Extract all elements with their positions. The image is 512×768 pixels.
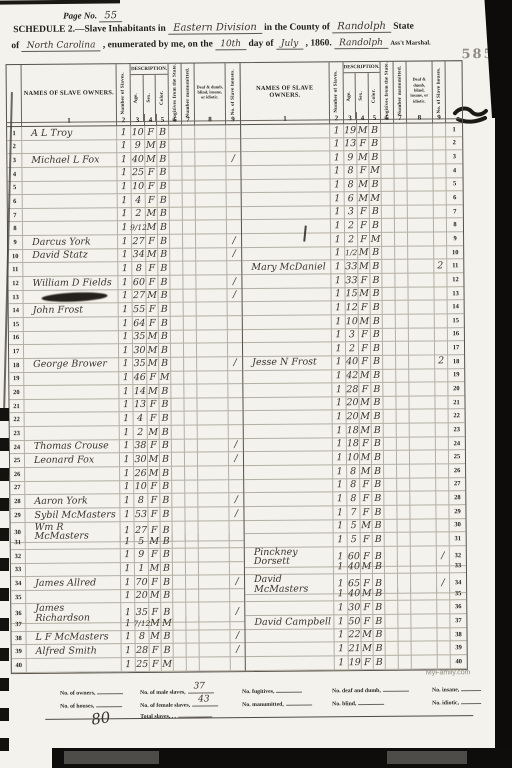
sex-handwritten: M (150, 632, 160, 642)
color-cell: B (161, 630, 173, 644)
age-cell: 12 (346, 301, 359, 315)
description-label: DESCRIPTION. (344, 62, 380, 73)
row-number: 8 (447, 219, 463, 233)
manumitted-cell (396, 315, 409, 329)
slave-count-cell: 1 (330, 165, 344, 179)
age-handwritten: 42 (346, 371, 358, 381)
age-cell: 40 (346, 356, 359, 370)
deaf-dumb-label: Deaf & dumb, blind, insane, or idiotic. (195, 84, 225, 100)
slave-count-cell: 1 (331, 220, 345, 234)
sex-cell: M (147, 330, 159, 344)
color-cell: B (162, 644, 174, 658)
slave-count-cell: 1 (122, 658, 136, 672)
row-number-value: 2 (453, 140, 456, 147)
sex-handwritten: F (363, 494, 370, 504)
manumitted-cell (394, 151, 407, 165)
row-number: 37 (450, 614, 466, 628)
age-handwritten: 64 (133, 318, 145, 328)
slave-count-handwritten: 1 (337, 494, 343, 504)
color-handwritten: B (159, 155, 166, 165)
color-handwritten: B (372, 180, 379, 190)
slave-schedule-table: NAMES OF SLAVE OWNERS.Number of Slaves.D… (6, 60, 468, 674)
row-number: 12 (447, 273, 463, 287)
slave-houses-cell: / (228, 357, 242, 371)
fugitive-cell (171, 317, 184, 331)
slave-count-handwritten: 1 (334, 194, 340, 204)
deaf-dumb-cell (196, 180, 227, 194)
manumitted-cell (397, 478, 410, 492)
row-number-value: 18 (453, 358, 460, 365)
age-handwritten: 19 (349, 658, 361, 668)
row-number: 21 (448, 396, 464, 410)
row-number: 22 (10, 413, 25, 427)
age-cell: 9 (344, 151, 357, 165)
color-handwritten: B (372, 276, 379, 286)
owner-name-handwritten: Jesse N Frost (252, 358, 317, 368)
owner-name-cell: James Allred (26, 576, 121, 590)
owner-name-cell: George Brower (24, 358, 119, 372)
color-cell: B (157, 153, 169, 167)
color-cell: B (159, 399, 171, 413)
color-handwritten: B (162, 468, 169, 478)
fugitive-cell (385, 628, 398, 642)
fugitive-cell (384, 465, 397, 479)
manumitted-cell (182, 153, 195, 167)
owner-name-handwritten: Michael L Fox (31, 155, 99, 165)
sex-handwritten: M (149, 468, 159, 478)
color-handwritten: B (161, 291, 168, 301)
sex-handwritten: M (359, 262, 369, 272)
owner-name-cell (243, 397, 332, 411)
slave-count-cell: 1 (331, 233, 345, 247)
row-number: 29 (449, 505, 465, 519)
fugitive-cell (172, 439, 185, 453)
sex-cell: F (149, 576, 161, 590)
sex-handwritten: M (148, 332, 158, 342)
deaf-dumb-cell (411, 614, 437, 628)
column-number-cell: 1 (241, 112, 330, 125)
sex-handwritten: M (361, 453, 371, 463)
slave-count-cell: 1 (119, 358, 133, 372)
deaf-dumb-cell (199, 562, 230, 576)
sex-cell: F (359, 329, 371, 343)
fugitive-cell (382, 178, 395, 192)
deaf-dumb-cell (411, 560, 437, 574)
sex-handwritten: M (360, 426, 370, 436)
age-cell: 33 (345, 261, 358, 275)
row-number: 25 (449, 451, 465, 465)
row-number: 29 (10, 509, 25, 523)
deaf-dumb-cell (197, 384, 228, 398)
owner-name-handwritten: Sybil McMasters (34, 510, 115, 520)
color-cell: B (374, 642, 386, 656)
owner-name-handwritten: Darcus York (32, 237, 91, 247)
color-cell: B (369, 151, 381, 165)
color-handwritten: B (376, 644, 383, 654)
age-cell: 34 (132, 249, 146, 263)
age-handwritten: 26 (135, 469, 147, 479)
manumitted-cell (185, 453, 198, 467)
fugitive-cell (385, 588, 398, 602)
row-number: 11 (447, 260, 463, 274)
row-number-value: 25 (14, 457, 21, 464)
color-cell: B (159, 358, 171, 372)
slave-houses-cell: 2 (435, 355, 448, 369)
sex-cell: F (358, 219, 370, 233)
age-handwritten: 55 (133, 305, 145, 315)
row-number-value: 23 (13, 430, 20, 437)
color-handwritten: B (372, 207, 379, 217)
age-cell: 30 (133, 344, 147, 358)
age-cell: 8 (347, 492, 360, 506)
age-handwritten: 38 (134, 441, 146, 451)
deaf-dumb-cell (197, 330, 228, 344)
color-handwritten: B (373, 357, 380, 367)
schedule-title-line1: SCHEDULE 2.—Slave Inhabitants in Eastern… (13, 21, 414, 35)
color-handwritten: B (375, 589, 382, 599)
fugitive-cell (384, 478, 397, 492)
owner-name-cell (244, 479, 333, 493)
sex-handwritten: M (360, 398, 370, 408)
row-number-value: 5 (453, 181, 456, 188)
age-cell: 50 (348, 615, 361, 629)
age-handwritten: 33 (345, 276, 357, 286)
sex-cell: M (361, 520, 373, 534)
manumitted-cell (184, 398, 197, 412)
age-handwritten: 19 (344, 126, 356, 136)
slave-houses-cell: / (231, 643, 245, 657)
age-cell: 18 (347, 424, 360, 438)
deaf-dumb-cell (196, 262, 227, 276)
fugitive-cell (169, 167, 182, 181)
row-number-value: 6 (13, 198, 16, 205)
deaf-dumb-cell (408, 178, 434, 192)
fugitive-cell (172, 453, 185, 467)
fugitive-cell (173, 548, 186, 562)
sex-handwritten: M (358, 194, 368, 204)
deaf-dumb-cell (410, 464, 436, 478)
row-number-value: 24 (14, 444, 21, 451)
slave-count-handwritten: 1 (124, 537, 130, 547)
slave-count-handwritten: 1 (338, 658, 344, 668)
manumitted-cell (395, 219, 408, 233)
age-cell: 40 (131, 153, 145, 167)
slave-count-handwritten: 1 (336, 453, 342, 463)
deaf-dumb-cell (198, 480, 229, 494)
slave-count-cell: 1 (117, 126, 131, 140)
slave-count-handwritten: 1 (337, 521, 343, 531)
slave-count-handwritten: 1 (123, 373, 129, 383)
sex-handwritten: F (151, 578, 158, 588)
age-handwritten: 14 (134, 387, 146, 397)
color-cell: B (373, 533, 385, 547)
column-number-cell: 5 (157, 114, 169, 126)
age-handwritten: 7/12 (133, 620, 150, 628)
slave-houses-cell: / (230, 630, 244, 644)
slave-count-handwritten: 1 (125, 619, 131, 629)
deaf-dumb-cell (197, 289, 228, 303)
slave-houses-cell (230, 534, 244, 548)
owner-name-handwritten: A L Troy (31, 128, 72, 138)
owner-name-handwritten: John Frost (33, 305, 83, 315)
sex-cell: M (146, 208, 158, 222)
slave-houses-cell (231, 657, 245, 671)
age-cell: 14 (133, 385, 147, 399)
sex-handwritten: F (152, 646, 159, 656)
sex-cell: F (148, 480, 160, 494)
sex-cell: M (357, 124, 369, 138)
of-label: of (11, 41, 19, 51)
sex-cell: F (147, 303, 159, 317)
slave-count-cell: 1 (118, 181, 132, 195)
owner-name-handwritten: Aaron York (34, 496, 87, 506)
color-handwritten: M (371, 235, 381, 245)
manumitted-cell (398, 601, 411, 615)
color-handwritten: B (160, 264, 167, 274)
age-handwritten: 2 (135, 209, 141, 219)
owner-name-cell (25, 426, 120, 440)
color-cell: B (372, 465, 384, 479)
row-number-value: 28 (14, 498, 21, 505)
sex-cell: F (146, 262, 158, 276)
sex-cell: F (145, 126, 157, 140)
sex-handwritten: M (148, 346, 158, 356)
slave-count-handwritten: 1 (124, 496, 130, 506)
schedule-title-line2: of North Carolina , enumerated by me, on… (11, 37, 430, 51)
slave-count-handwritten: 1 (122, 346, 128, 356)
color-cell: B (158, 249, 170, 263)
deaf-dumb-cell (410, 492, 436, 506)
owner-name-cell (24, 331, 119, 345)
row-number-value: 34 (455, 579, 462, 586)
slave-count-cell: 1 (121, 590, 135, 604)
color-handwritten: B (371, 125, 378, 135)
owner-name-cell (243, 329, 332, 343)
owner-name-cell: Sybil McMasters (25, 508, 120, 522)
row-number-value: 27 (14, 485, 21, 492)
slave-houses-cell (435, 328, 448, 342)
sex-cell: F (146, 180, 158, 194)
slave-houses-cell (433, 151, 446, 165)
slave-houses-cell: / (227, 234, 241, 248)
slave-count-handwritten: 1 (122, 305, 128, 315)
color-cell: B (161, 535, 173, 549)
fugitive-cell (381, 137, 394, 151)
sex-handwritten: M (150, 564, 160, 574)
slave-count-cell: 1 (120, 453, 134, 467)
sex-cell: F (360, 479, 372, 493)
color-handwritten: B (160, 236, 167, 246)
sex-handwritten: M (358, 153, 368, 163)
document-area: Page No. 55 SCHEDULE 2.—Slave Inhabitant… (0, 0, 512, 768)
slave-houses-cell (435, 382, 448, 396)
slave-count-handwritten: 1 (338, 590, 344, 600)
deaf-dumb-cell (409, 314, 435, 328)
slave-houses-cell (226, 139, 240, 153)
row-number-value: 35 (15, 594, 22, 601)
fugitive-cell (383, 356, 396, 370)
row-number-value: 19 (453, 372, 460, 379)
manumitted-cell (186, 576, 199, 590)
color-handwritten: B (373, 344, 380, 354)
manumitted-cell (395, 287, 408, 301)
slave-houses-cell (230, 548, 244, 562)
age-handwritten: 30 (134, 455, 146, 465)
sex-cell: M (359, 315, 371, 329)
sex-handwritten: F (361, 276, 368, 286)
slave-count-cell: 1 (334, 520, 348, 534)
slave-count-handwritten: 1 (122, 291, 128, 301)
houses-total: No. of houses, (60, 701, 122, 710)
male-total-value: 37 (194, 681, 206, 691)
sex-handwritten: F (361, 330, 368, 340)
manumitted-cell (186, 630, 199, 644)
row-number: 18 (9, 359, 24, 373)
slave-houses-handwritten: / (235, 495, 238, 505)
age-handwritten: 3 (349, 330, 355, 340)
manumitted-cell (398, 560, 411, 574)
fugitive-cell (173, 562, 186, 576)
manumitted-cell (183, 248, 196, 262)
row-number: 10 (447, 246, 463, 260)
color-cell: B (370, 247, 382, 261)
age-handwritten: 40 (346, 358, 358, 368)
owner-name-cell (242, 233, 331, 247)
row-number-value: 31 (14, 539, 21, 546)
fugitive-cell (171, 385, 184, 399)
color-cell: B (158, 221, 170, 235)
deaf-dumb-label: Deaf & dumb, blind, insane, or idiotic. (407, 77, 432, 104)
slave-count-handwritten: 1 (122, 319, 128, 329)
age-cell: 27 (133, 290, 147, 304)
age-cell: 10 (132, 181, 146, 195)
slave-count-cell: 1 (120, 440, 134, 454)
fugitive-cell (384, 410, 397, 424)
age-handwritten: 10 (346, 317, 358, 327)
age-cell: 26 (134, 467, 148, 481)
sex-cell: F (148, 494, 160, 508)
color-cell: B (369, 138, 381, 152)
row-number: 13 (9, 291, 24, 305)
sex-handwritten: F (363, 508, 370, 518)
sex-handwritten: F (360, 221, 367, 231)
manumitted-cell (398, 628, 411, 642)
deaf-dumb-cell (409, 369, 435, 383)
owner-name-cell (244, 506, 333, 520)
age-cell: 35 (133, 358, 147, 372)
slave-houses-handwritten: / (234, 454, 237, 464)
age-handwritten: 2 (349, 344, 355, 354)
owner-name-handwritten: James Allred (35, 578, 96, 588)
age-cell: 28 (346, 383, 359, 397)
sex-cell: M (357, 151, 369, 165)
sex-cell: F (148, 440, 160, 454)
slave-count-handwritten: 1 (121, 141, 127, 151)
sex-handwritten: M (146, 141, 156, 151)
fugitive-cell (385, 601, 398, 615)
slave-count-cell: 1 (334, 561, 348, 575)
manumitted-cell (185, 426, 198, 440)
sex-cell: F (146, 276, 158, 290)
slave-count-handwritten: 1 (335, 330, 341, 340)
color-handwritten: B (372, 221, 379, 231)
sex-handwritten: M (362, 589, 372, 599)
sex-handwritten: F (362, 439, 369, 449)
sex-cell: M (358, 179, 370, 193)
slave-houses-cell (436, 410, 449, 424)
deaf-dumb-cell (408, 260, 434, 274)
color-cell: B (370, 178, 382, 192)
row-number: 26 (449, 464, 465, 478)
fugitive-cell (170, 194, 183, 208)
slave-houses-cell (228, 316, 242, 330)
color-cell: B (373, 519, 385, 533)
color-cell: B (160, 494, 172, 508)
manumitted-cell (397, 506, 410, 520)
manumitted-cell (184, 289, 197, 303)
slave-count-cell: 1 (119, 372, 133, 386)
color-handwritten: B (373, 398, 380, 408)
color-cell: B (373, 629, 385, 643)
fugitive-cell (386, 642, 399, 656)
row-number-value: 36 (15, 610, 22, 617)
fugitive-cell (172, 426, 185, 440)
color-cell: B (373, 615, 385, 629)
owner-names-label: NAMES OF SLAVE OWNERS. (24, 89, 114, 97)
owner-name-cell (24, 344, 119, 358)
slave-count-cell: 1 (122, 644, 136, 658)
age-handwritten: 46 (134, 373, 146, 383)
sex-cell: F (360, 438, 372, 452)
slave-houses-cell (437, 614, 450, 628)
row-number-value: 5 (13, 184, 16, 191)
slave-houses-cell (227, 207, 241, 221)
sex-cell: M (358, 288, 370, 302)
row-number-value: 39 (455, 644, 462, 651)
column-number-cell: 2 (117, 114, 131, 126)
age-handwritten: 8 (347, 167, 353, 177)
sex-handwritten: F (148, 264, 155, 274)
sex-cell: F (147, 371, 159, 385)
row-number: 22 (449, 410, 465, 424)
slave-count-cell: 1 (121, 576, 135, 590)
slave-count-handwritten: 1 (335, 262, 341, 272)
owner-name-cell (243, 315, 332, 329)
fugitive-cell (384, 424, 397, 438)
deaf-dumb-total: No. deaf and dumb, (332, 686, 409, 695)
sex-handwritten: F (149, 305, 156, 315)
slave-houses-handwritten: 2 (438, 357, 444, 367)
female-total-value: 43 (198, 694, 210, 704)
slave-houses-cell (228, 302, 242, 316)
deaf-dumb-cell (198, 494, 229, 508)
color-handwritten: B (162, 496, 169, 506)
row-number: 23 (449, 423, 465, 437)
age-cell: 8 (132, 262, 146, 276)
table-left-half: NAMES OF SLAVE OWNERS.Number of Slaves.D… (7, 63, 245, 673)
deaf-dumb-cell (410, 505, 436, 519)
row-number-value: 12 (452, 276, 459, 283)
color-handwritten: B (164, 646, 171, 656)
row-number-value: 16 (13, 334, 20, 341)
sex-handwritten: M (147, 291, 157, 301)
deaf-dumb-cell (409, 342, 435, 356)
slave-houses-cell (436, 464, 449, 478)
sex-cell: M (361, 560, 373, 574)
row-number: 33 (11, 564, 26, 578)
row-number: 4 (446, 164, 462, 178)
owner-name-cell (242, 274, 331, 288)
